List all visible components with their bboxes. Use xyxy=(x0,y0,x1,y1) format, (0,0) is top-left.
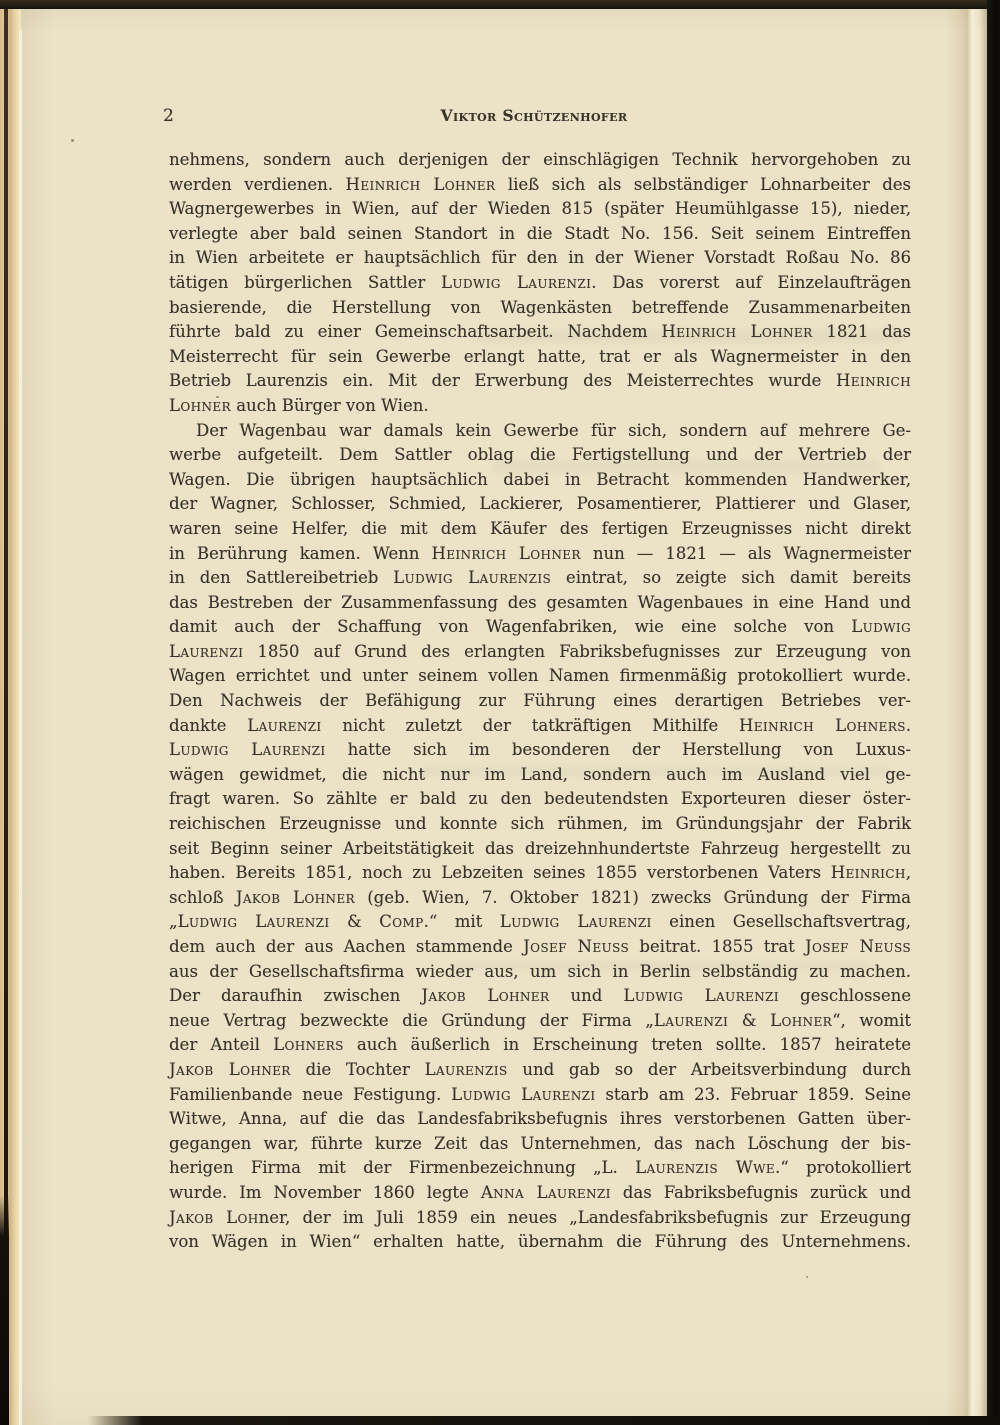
text-line: in Wien arbeitete er hauptsächlich für d… xyxy=(169,246,911,271)
text-line: Wagnergewerbes in Wien, auf der Wieden 8… xyxy=(169,197,911,222)
text-line: von Wägen in Wien“ erhalten hatte, übern… xyxy=(169,1230,911,1255)
text-line: wurde. Im November 1860 legte Anna Laure… xyxy=(169,1181,911,1206)
scanned-book-page: 2 Viktor Schützenhofer nehmens, sondern … xyxy=(0,0,1000,1425)
text-line: Familienbande neue Festigung. Ludwig Lau… xyxy=(169,1083,911,1108)
text-line: das Bestreben der Zusammenfassung des ge… xyxy=(169,591,911,616)
text-line: dankte Laurenzi nicht zuletzt der tatkrä… xyxy=(169,714,911,739)
dust-speck xyxy=(806,1276,808,1278)
text-line: Jakob Lohner die Tochter Laurenzis und g… xyxy=(169,1058,911,1083)
text-line: Wagen errichtet und unter seinem vollen … xyxy=(169,664,911,689)
dust-speck xyxy=(71,139,74,142)
text-line: aus der Gesellschaftsfirma wieder aus, u… xyxy=(169,960,911,985)
text-line: in Berührung kamen. Wenn Heinrich Lohner… xyxy=(169,542,911,567)
text-line: basierende, die Herstellung von Wagenkäs… xyxy=(169,296,911,321)
page: 2 Viktor Schützenhofer nehmens, sondern … xyxy=(21,8,988,1425)
text-line: dem auch der aus Aachen stammende Josef … xyxy=(169,935,911,960)
running-head: 2 Viktor Schützenhofer xyxy=(169,104,911,130)
text-line: gegangen war, führte kurze Zeit das Unte… xyxy=(169,1132,911,1157)
book-edge-left-shadow xyxy=(0,1195,9,1425)
text-line: Ludwig Laurenzi hatte sich im besonderen… xyxy=(169,738,911,763)
text-line: Wagen. Die übrigen hauptsächlich dabei i… xyxy=(169,468,911,493)
text-block: nehmens, sondern auch derjenigen der ein… xyxy=(169,148,911,1255)
text-line: Betrieb Laurenzis ein. Mit der Erwerbung… xyxy=(169,369,911,394)
page-edge-highlight xyxy=(19,30,22,1425)
paragraph: nehmens, sondern auch derjenigen der ein… xyxy=(169,148,911,419)
text-line: wägen gewidmet, die nicht nur im Land, s… xyxy=(169,763,911,788)
paragraph: Der Wagenbau war damals kein Gewerbe für… xyxy=(169,419,911,1255)
scan-border-top xyxy=(0,0,1000,9)
text-line: Lohner auch Bürger von Wien. xyxy=(169,394,911,419)
text-line: seit Beginn seiner Arbeitstätigkeit das … xyxy=(169,837,911,862)
text-line: Den Nachweis der Befähigung zur Führung … xyxy=(169,689,911,714)
text-line: werbe aufgeteilt. Dem Sattler oblag die … xyxy=(169,443,911,468)
text-line: in den Sattlereibetrieb Ludwig Laurenzis… xyxy=(169,566,911,591)
text-line: Der daraufhin zwischen Jakob Lohner und … xyxy=(169,984,911,1009)
text-line: neue Vertrag bezweckte die Gründung der … xyxy=(169,1009,911,1034)
text-line: damit auch der Schaffung von Wagenfabrik… xyxy=(169,615,911,640)
text-line: herigen Firma mit der Firmenbezeichnung … xyxy=(169,1156,911,1181)
text-line: „Ludwig Laurenzi & Comp.“ mit Ludwig Lau… xyxy=(169,910,911,935)
text-line: Witwe, Anna, auf die das Landesfabriksbe… xyxy=(169,1107,911,1132)
text-line: Der Wagenbau war damals kein Gewerbe für… xyxy=(169,419,911,444)
page-crease xyxy=(946,8,988,1425)
running-title: Viktor Schützenhofer xyxy=(169,106,899,125)
text-line: Laurenzi 1850 auf Grund des erlangten Fa… xyxy=(169,640,911,665)
text-line: waren seine Helfer, die mit dem Käufer d… xyxy=(169,517,911,542)
scan-border-right xyxy=(987,0,1000,1425)
text-line: schloß Jakob Lohner (geb. Wien, 7. Oktob… xyxy=(169,886,911,911)
text-line: fragt waren. So zählte er bald zu den be… xyxy=(169,787,911,812)
text-line: haben. Bereits 1851, noch zu Lebzeiten s… xyxy=(169,861,911,886)
text-line: der Anteil Lohners auch äußerlich in Ers… xyxy=(169,1033,911,1058)
text-line: werden verdienen. Heinrich Lohner ließ s… xyxy=(169,173,911,198)
text-line: reichischen Erzeugnisse und konnte sich … xyxy=(169,812,911,837)
text-line: Meisterrecht für sein Gewerbe erlangt ha… xyxy=(169,345,911,370)
text-line: nehmens, sondern auch derjenigen der ein… xyxy=(169,148,911,173)
text-line: führte bald zu einer Gemeinschaftsarbeit… xyxy=(169,320,911,345)
scan-border-bottom xyxy=(88,1416,1000,1425)
text-line: der Wagner, Schlosser, Schmied, Lackiere… xyxy=(169,492,911,517)
text-line: Jakob Lohner, der im Juli 1859 ein neues… xyxy=(169,1206,911,1231)
text-line: tätigen bürgerlichen Sattler Ludwig Laur… xyxy=(169,271,911,296)
text-line: verlegte aber bald seinen Standort in di… xyxy=(169,222,911,247)
